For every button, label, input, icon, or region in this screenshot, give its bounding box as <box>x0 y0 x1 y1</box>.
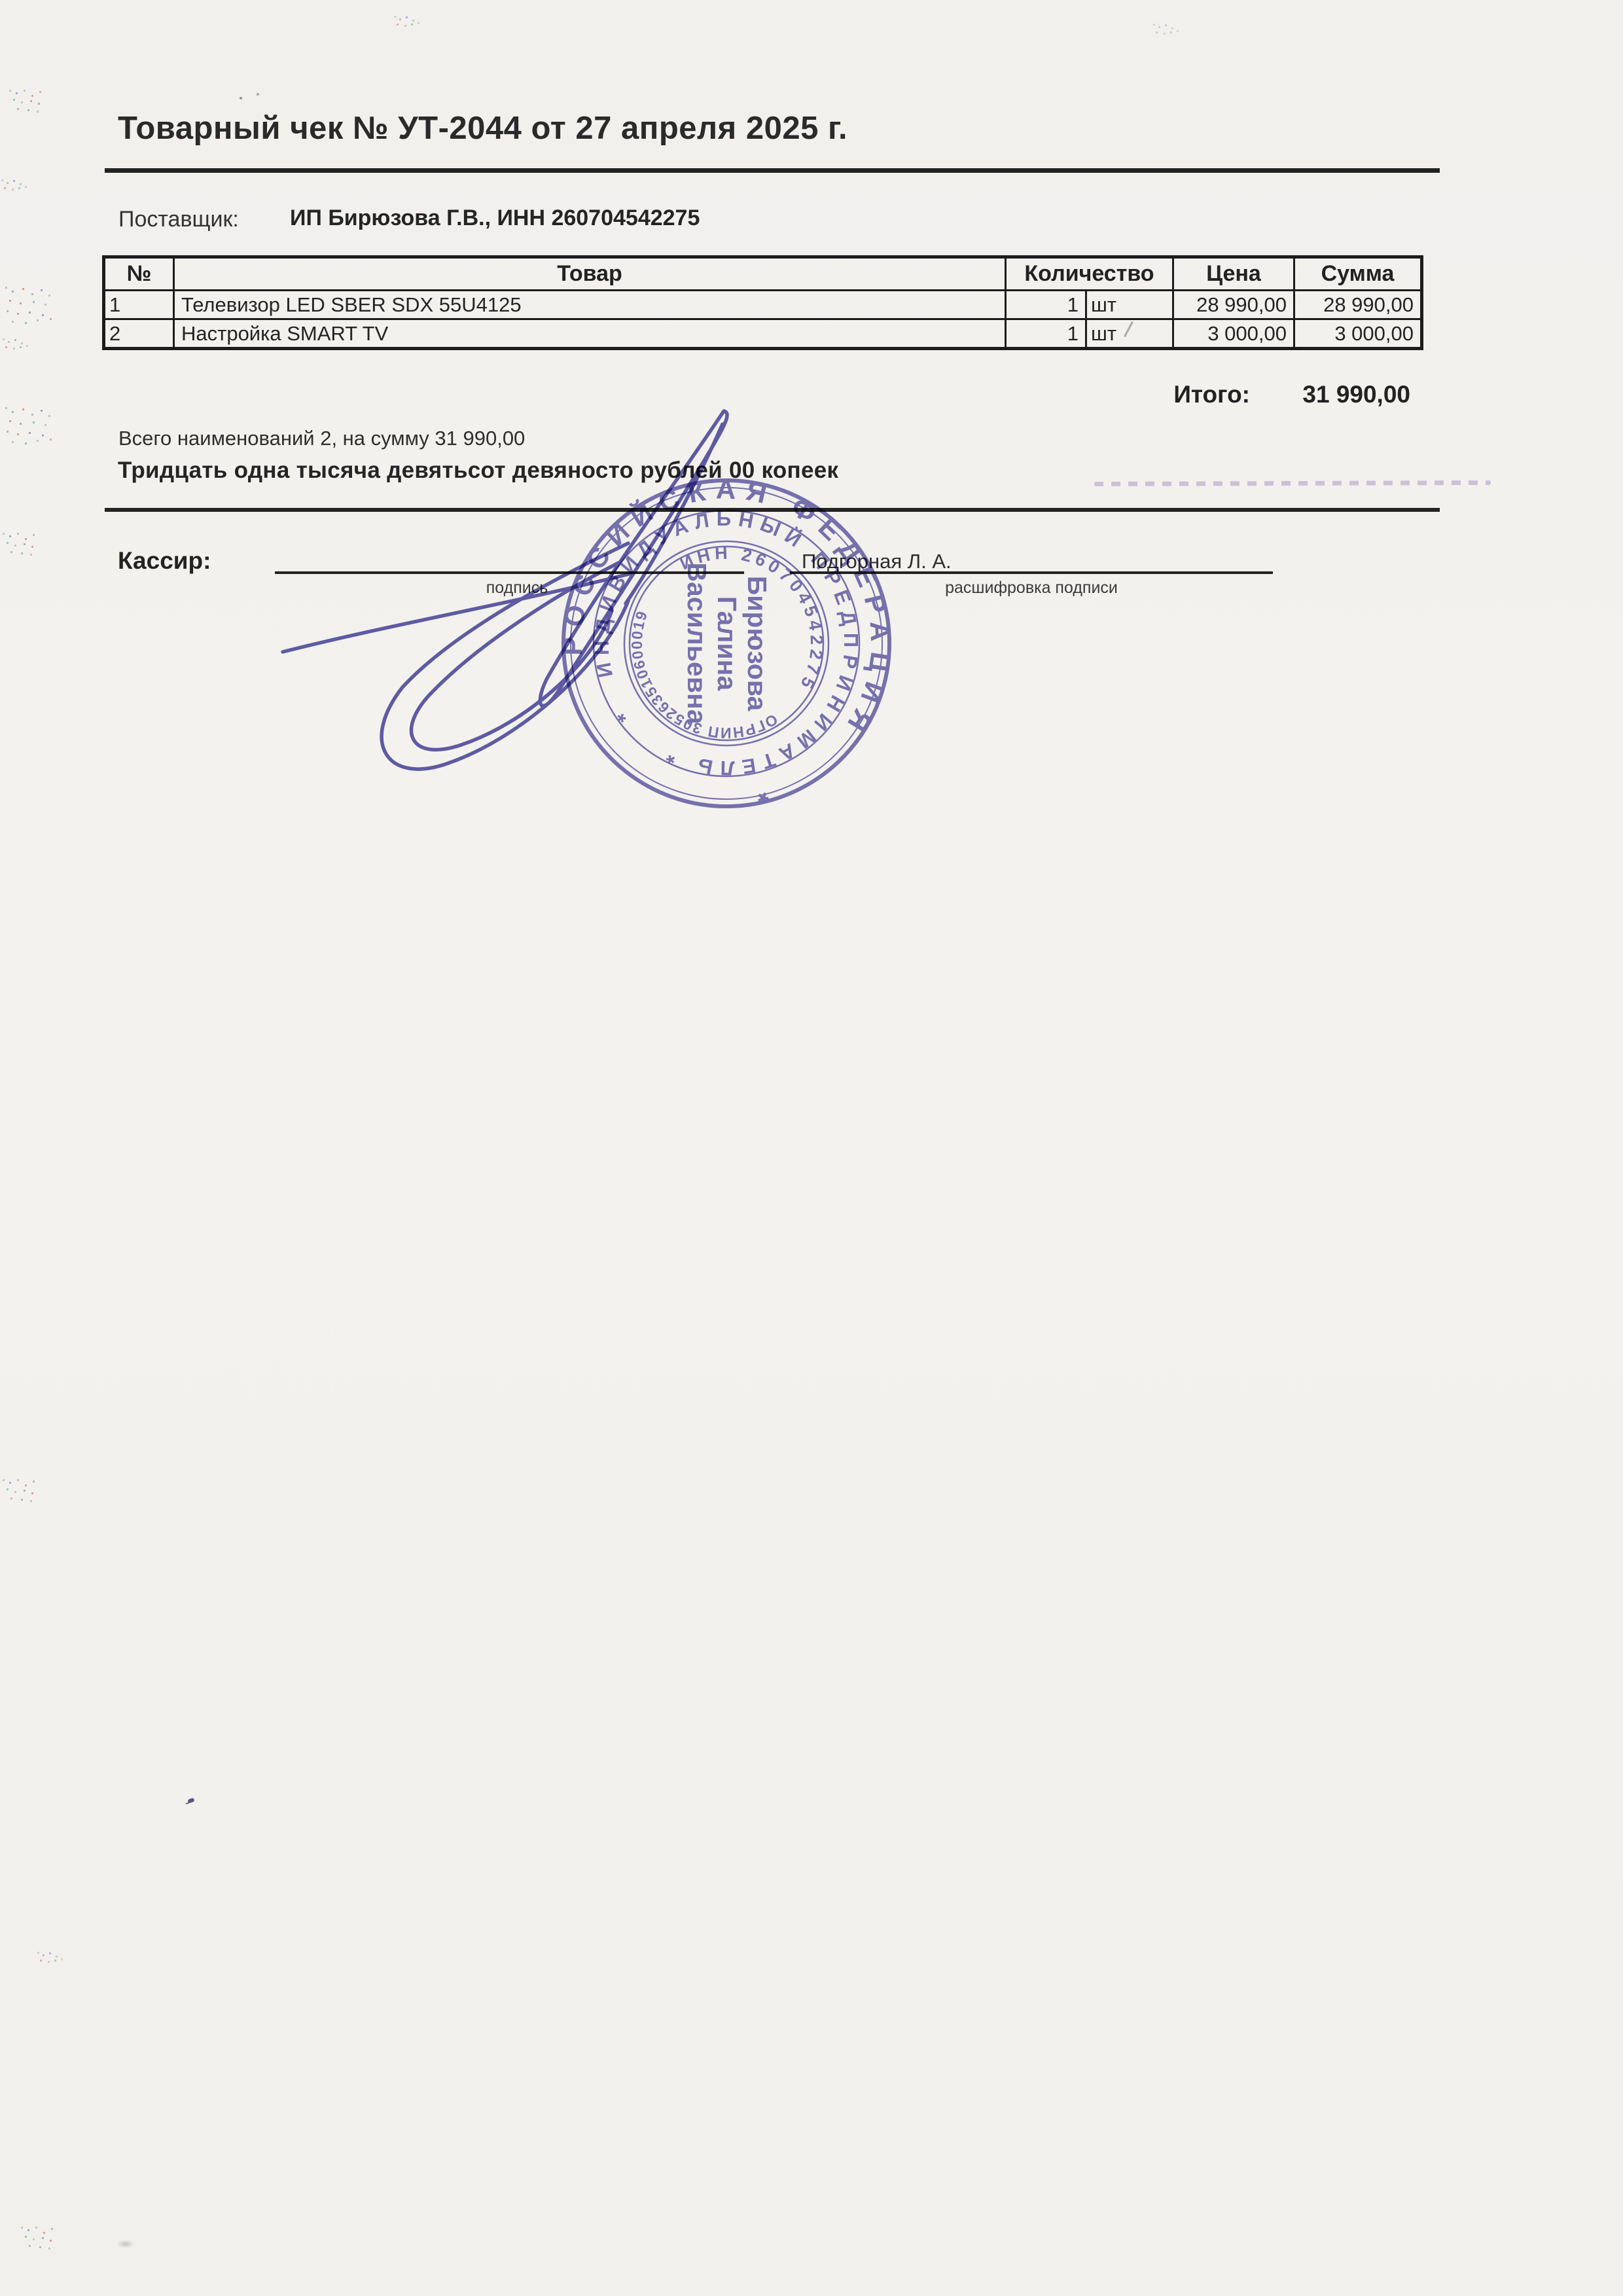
scan-speck <box>240 97 242 99</box>
scan-speck <box>3 285 5 287</box>
total-value: 31 990,00 <box>1250 381 1410 408</box>
scan-speck <box>393 14 395 16</box>
row-qty: 1 <box>1006 319 1086 349</box>
scan-streak <box>1094 480 1491 486</box>
table-row: 2 Настройка SMART TV 1 шт 3 000,00 3 000… <box>104 319 1422 349</box>
scan-speck <box>1152 22 1154 24</box>
table-row: 1 Телевизор LED SBER SDX 55U4125 1 шт 28… <box>104 291 1422 319</box>
scan-speck <box>1 1478 3 1480</box>
row-price: 28 990,00 <box>1173 291 1294 319</box>
column-header-num: № <box>104 257 174 291</box>
supplier-label: Поставщик: <box>118 207 239 232</box>
scan-speck <box>1 531 3 533</box>
scan-speck <box>1 337 3 339</box>
page-title: Товарный чек № УТ-2044 от 27 апреля 2025… <box>118 110 847 147</box>
row-sum: 3 000,00 <box>1294 319 1422 349</box>
column-header-sum: Сумма <box>1294 257 1422 291</box>
scan-blob <box>116 2240 135 2248</box>
column-header-qty: Количество <box>1006 257 1173 291</box>
scan-fleck <box>187 1797 194 1803</box>
signature-scribble <box>262 385 772 791</box>
row-product: Телевизор LED SBER SDX 55U4125 <box>174 291 1006 319</box>
scan-speck <box>0 178 2 180</box>
cashier-label: Кассир: <box>118 547 211 575</box>
column-header-product: Товар <box>174 257 1006 291</box>
row-unit: шт <box>1086 291 1173 319</box>
row-sum: 28 990,00 <box>1294 291 1422 319</box>
total-row: Итого: 31 990,00 <box>1034 381 1410 408</box>
scan-speck <box>3 406 5 408</box>
row-num: 2 <box>104 319 174 349</box>
supplier-value: ИП Бирюзова Г.В., ИНН 260704542275 <box>290 206 700 231</box>
row-price: 3 000,00 <box>1173 319 1294 349</box>
items-table: № Товар Количество Цена Сумма 1 Телевизо… <box>102 255 1423 350</box>
scan-speck <box>8 88 10 90</box>
total-label: Итого: <box>1034 381 1250 408</box>
scan-speck <box>20 2225 22 2227</box>
row-qty: 1 <box>1006 291 1086 319</box>
table-header-row: № Товар Количество Цена Сумма <box>104 257 1422 291</box>
column-header-price: Цена <box>1173 257 1294 291</box>
row-product: Настройка SMART TV <box>174 319 1006 349</box>
scan-speck <box>36 1950 38 1952</box>
receipt-page: Товарный чек № УТ-2044 от 27 апреля 2025… <box>0 0 1623 2296</box>
row-num: 1 <box>104 291 174 319</box>
signature-decode-caption: расшифровка подписи <box>901 579 1162 598</box>
title-rule <box>105 168 1440 173</box>
